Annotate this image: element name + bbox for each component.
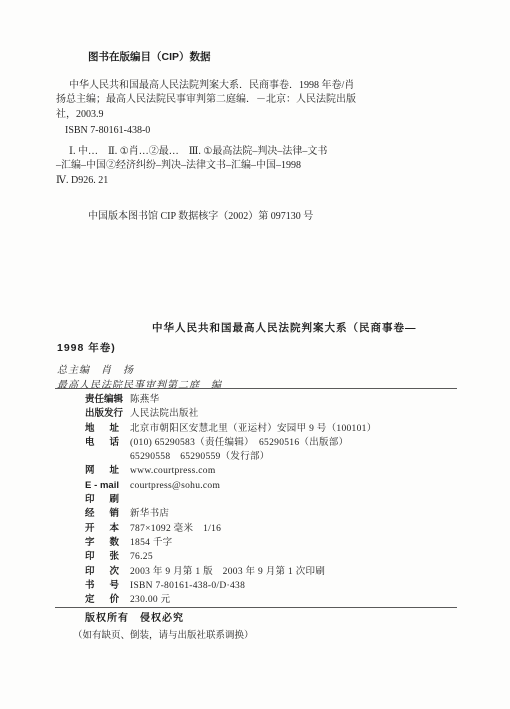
colophon-label: 责任编辑 bbox=[85, 393, 119, 407]
cip-classification-line: Ⅰ. 中… Ⅱ. ①肖…②最… Ⅲ. ①最高法院–判决–法律–文书 bbox=[56, 145, 458, 160]
colophon-value: 陈燕华 bbox=[130, 393, 159, 407]
colophon-label: 开 本 bbox=[85, 522, 119, 536]
colophon-value: 1854 千字 bbox=[130, 536, 172, 550]
colophon-value: 人民法院出版社 bbox=[130, 407, 199, 421]
cip-block: 图书在版编目（CIP）数据 中华人民共和国最高人民法院判案大系．民商事卷．199… bbox=[56, 50, 458, 225]
colophon-row: 印 刷 bbox=[57, 493, 459, 507]
colophon-row: 经 销新华书店 bbox=[57, 507, 459, 521]
colophon-label: 印 张 bbox=[85, 550, 119, 564]
cip-classification-line: –汇编–中国②经济纠纷–判决–法律文书–汇编–中国–1998 bbox=[56, 159, 458, 174]
editor-line: 最高人民法院民事审判第二庭 编 bbox=[57, 378, 459, 393]
colophon-row: 出版发行人民法院出版社 bbox=[57, 407, 459, 421]
book-title: 中华人民共和国最高人民法院判案大系（民商事卷— 1998 年卷) bbox=[57, 318, 459, 358]
cip-record-number: 中国版本图书馆 CIP 数据核字（2002）第 097130 号 bbox=[88, 210, 458, 225]
copyright-footer: 版权所有 侵权必究 （如有缺页、倒装，请与出版社联系调换） bbox=[57, 611, 459, 644]
colophon-value: (010) 65290583（责任编辑） 65290516（出版部） bbox=[130, 436, 348, 450]
colophon-label: 电 话 bbox=[85, 436, 119, 450]
colophon-value: 2003 年 9 月第 1 版 2003 年 9 月第 1 次印刷 bbox=[130, 565, 325, 579]
colophon-row: E - mailcourtpress@sohu.com bbox=[57, 479, 459, 493]
cip-description-line: 中华人民共和国最高人民法院判案大系．民商事卷．1998 年卷/肖 bbox=[56, 79, 458, 94]
cip-description-line: 扬总主编；最高人民法院民事审判第二庭编．－北京：人民法院出版 bbox=[56, 93, 458, 108]
cip-heading: 图书在版编目（CIP）数据 bbox=[88, 50, 458, 65]
colophon-value: 新华书店 bbox=[130, 507, 169, 521]
colophon-row: 书 号ISBN 7-80161-438-0/D·438 bbox=[57, 579, 459, 593]
divider-top bbox=[55, 388, 457, 389]
colophon-value: 65290558 65290559（发行部） bbox=[130, 450, 270, 464]
colophon-row: 开 本787×1092 毫米 1/16 bbox=[57, 522, 459, 536]
colophon-row: 地 址北京市朝阳区安慧北里（亚运村）安园甲 9 号（100101） bbox=[57, 422, 459, 436]
colophon-label: 网 址 bbox=[85, 464, 119, 478]
colophon-label: 经 销 bbox=[85, 507, 119, 521]
book-title-line: 1998 年卷) bbox=[57, 338, 459, 358]
colophon-value: www.courtpress.com bbox=[130, 464, 216, 478]
book-title-line: 中华人民共和国最高人民法院判案大系（民商事卷— bbox=[57, 318, 459, 338]
cip-isbn: ISBN 7-80161-438-0 bbox=[56, 124, 458, 139]
colophon-row: 定 价230.00 元 bbox=[57, 593, 459, 607]
colophon-value: 北京市朝阳区安慧北里（亚运村）安园甲 9 号（100101） bbox=[130, 422, 377, 436]
exchange-note: （如有缺页、倒装，请与出版社联系调换） bbox=[73, 629, 459, 644]
colophon-label: 印 刷 bbox=[85, 493, 119, 507]
title-block: 中华人民共和国最高人民法院判案大系（民商事卷— 1998 年卷) 总主编 肖 扬… bbox=[57, 318, 459, 393]
colophon-value: courtpress@sohu.com bbox=[130, 479, 220, 493]
colophon-label: E - mail bbox=[85, 479, 119, 493]
colophon-row: 电 话(010) 65290583（责任编辑） 65290516（出版部） bbox=[57, 436, 459, 450]
colophon-table: 责任编辑陈燕华 出版发行人民法院出版社 地 址北京市朝阳区安慧北里（亚运村）安园… bbox=[57, 393, 459, 607]
copyright-notice: 版权所有 侵权必究 bbox=[85, 611, 459, 626]
colophon-value: 230.00 元 bbox=[130, 593, 170, 607]
colophon-label: 定 价 bbox=[85, 593, 119, 607]
colophon-label: 出版发行 bbox=[85, 407, 119, 421]
colophon-row: 网 址www.courtpress.com bbox=[57, 464, 459, 478]
colophon-label: 地 址 bbox=[85, 422, 119, 436]
colophon-label: 书 号 bbox=[85, 579, 119, 593]
colophon-value: ISBN 7-80161-438-0/D·438 bbox=[130, 579, 245, 593]
cip-description-line: 社，2003.9 bbox=[56, 108, 458, 123]
copyright-page: 图书在版编目（CIP）数据 中华人民共和国最高人民法院判案大系．民商事卷．199… bbox=[0, 0, 510, 709]
colophon-value: 76.25 bbox=[130, 550, 153, 564]
divider-bottom bbox=[55, 607, 457, 608]
colophon-row: 印 张76.25 bbox=[57, 550, 459, 564]
colophon-row: 65290558 65290559（发行部） bbox=[57, 450, 459, 464]
chief-editor-line: 总主编 肖 扬 bbox=[57, 363, 459, 378]
colophon-row: 印 次2003 年 9 月第 1 版 2003 年 9 月第 1 次印刷 bbox=[57, 565, 459, 579]
colophon-row: 字 数1854 千字 bbox=[57, 536, 459, 550]
colophon-label: 印 次 bbox=[85, 565, 119, 579]
cip-classification-line: Ⅳ. D926. 21 bbox=[56, 174, 458, 189]
colophon-row: 责任编辑陈燕华 bbox=[57, 393, 459, 407]
colophon-value: 787×1092 毫米 1/16 bbox=[130, 522, 221, 536]
colophon-label: 字 数 bbox=[85, 536, 119, 550]
